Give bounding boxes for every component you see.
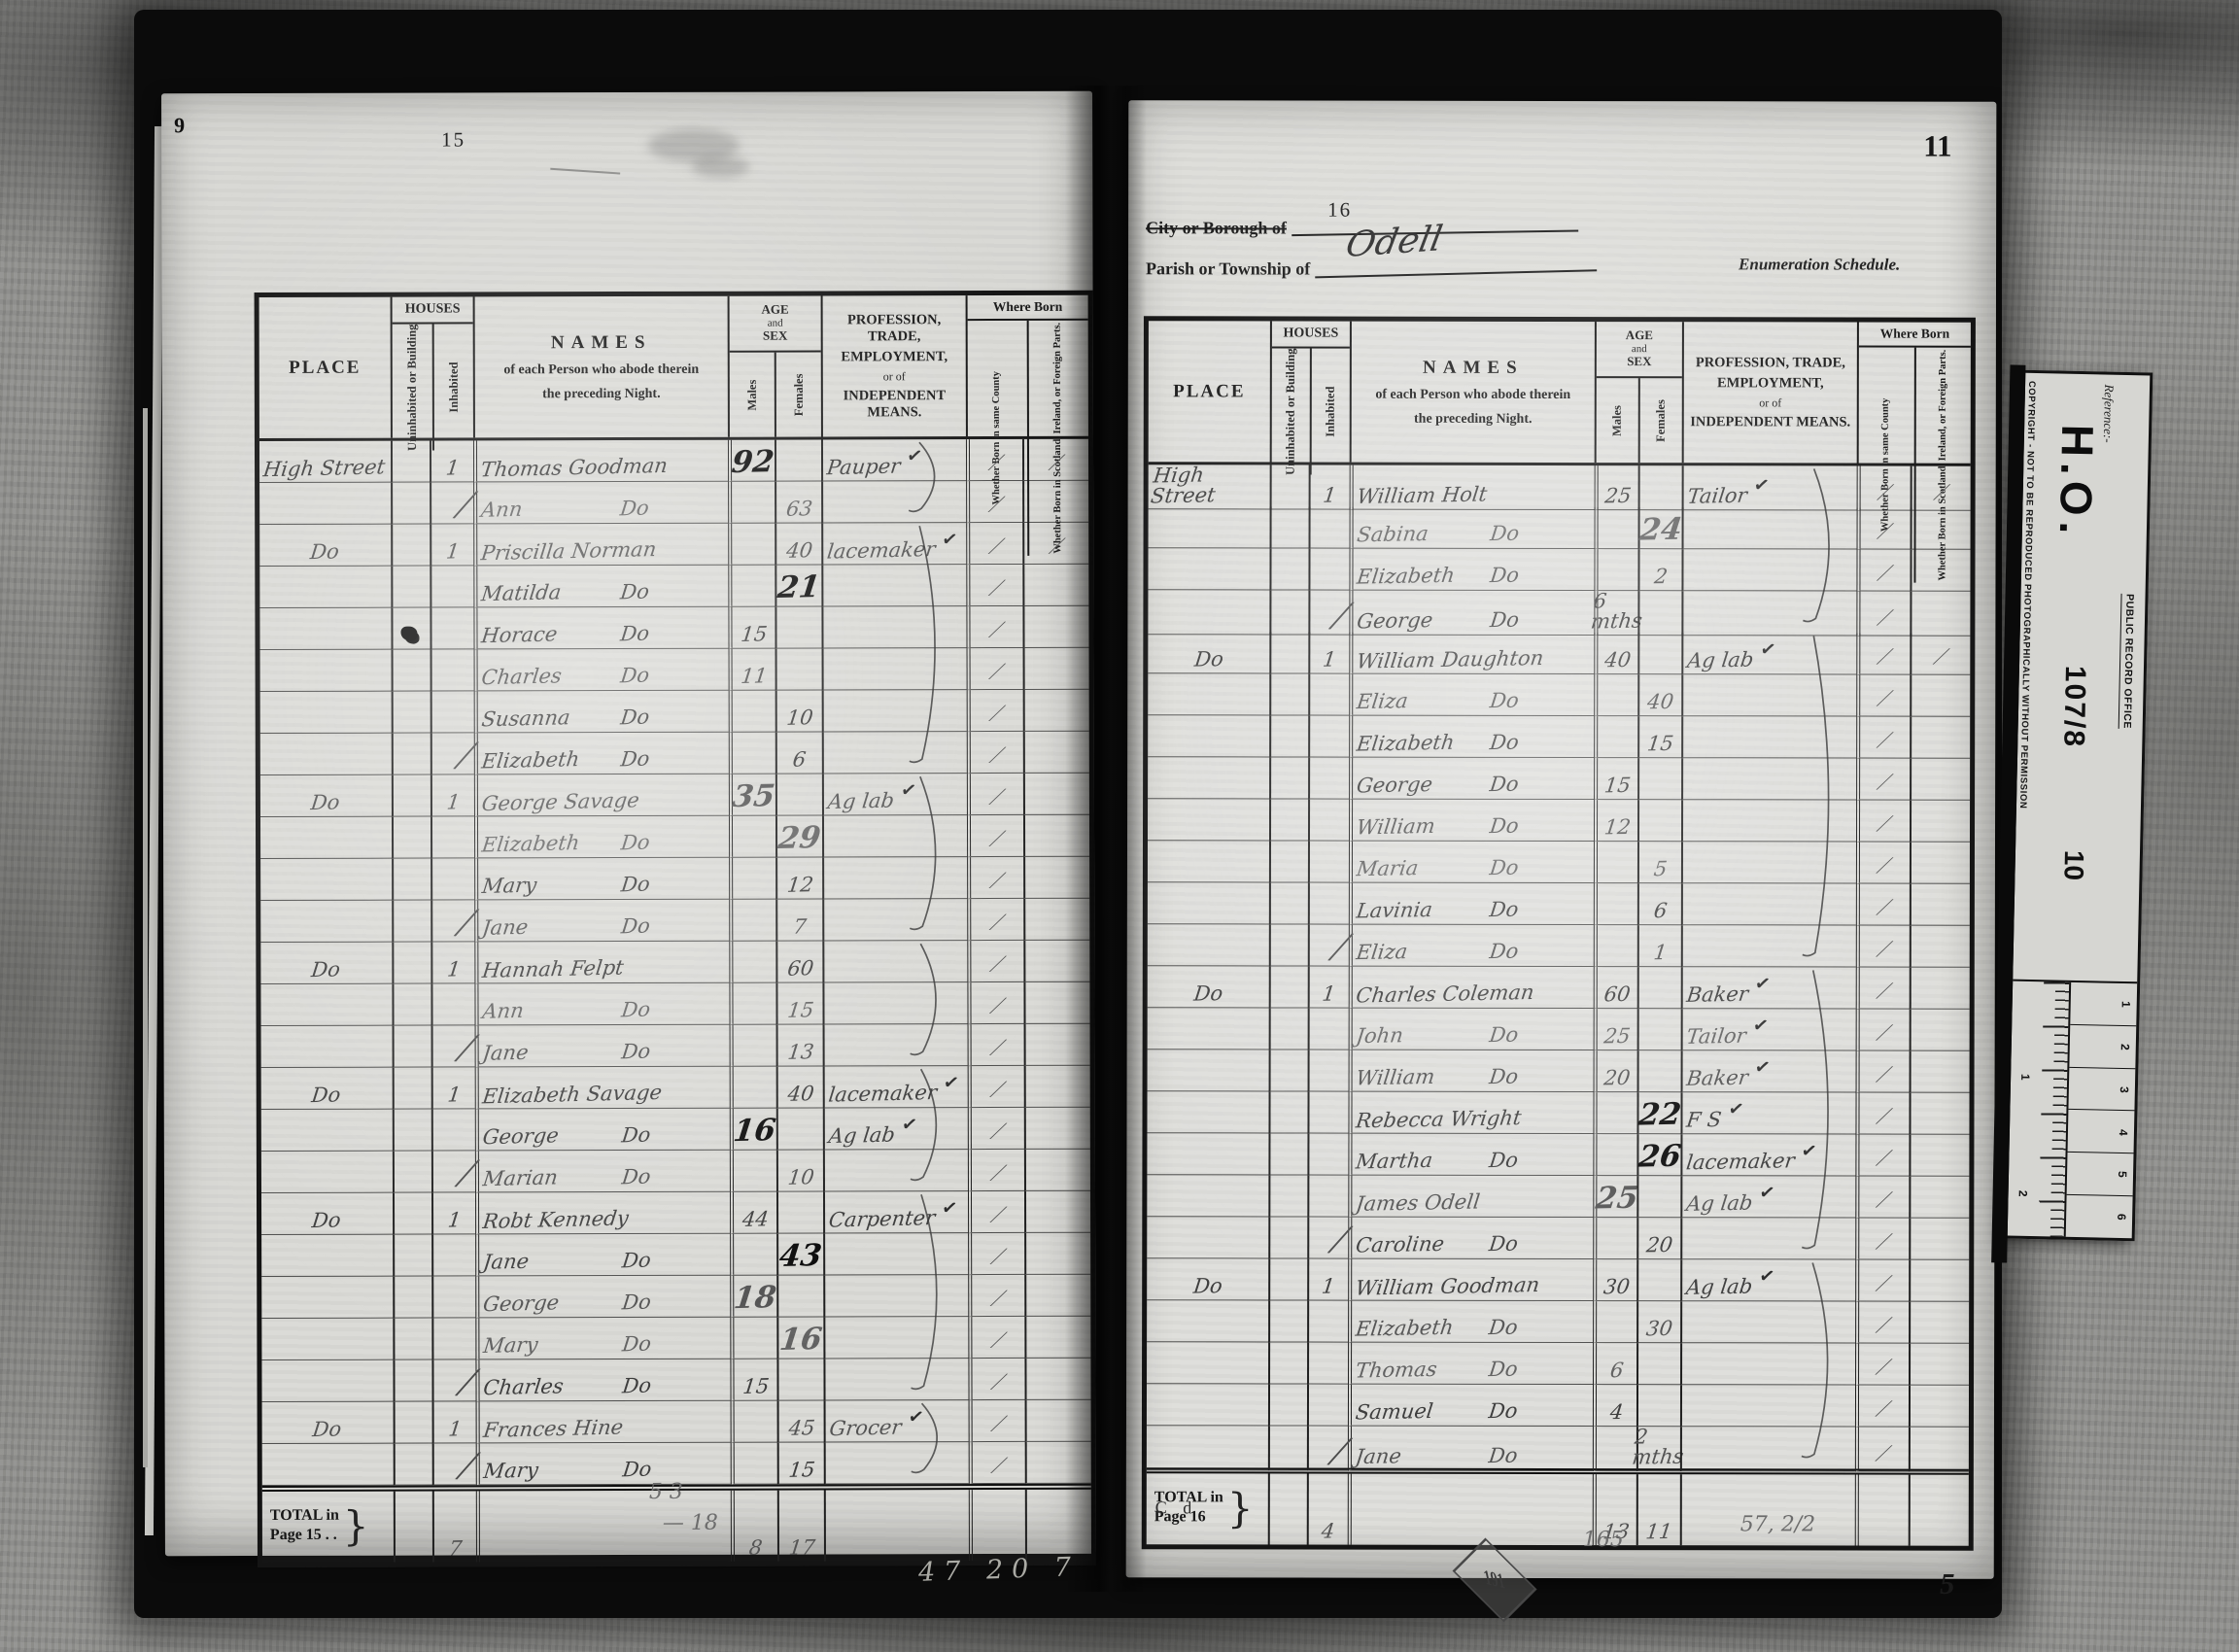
female-age-cell bbox=[775, 648, 822, 690]
born-other-cell bbox=[1909, 1135, 1969, 1177]
male-age-cell bbox=[729, 691, 775, 733]
table-row: ∕GeorgeDo6 mths⁄ bbox=[1148, 590, 1970, 633]
uninhabited-cell bbox=[392, 734, 431, 775]
born-county-cell: ⁄ bbox=[967, 982, 1023, 1024]
check-mark: ✓ bbox=[942, 1071, 961, 1095]
male-age-cell bbox=[1595, 507, 1638, 549]
table-row: SusannaDo10⁄ bbox=[260, 690, 1089, 734]
born-county-cell: ⁄ bbox=[968, 1275, 1024, 1317]
born-county-mark: ⁄ bbox=[1878, 770, 1891, 797]
ditto-mark: Do bbox=[1488, 1359, 1519, 1381]
pencil-note: — 18 bbox=[663, 1511, 718, 1535]
male-age: 15 bbox=[1603, 775, 1632, 797]
person-name: Elizabeth Savage bbox=[481, 1083, 663, 1107]
inhabited-cell: 1 bbox=[432, 1401, 476, 1443]
place-cell bbox=[261, 1152, 393, 1193]
inhabited-mark: 1 bbox=[446, 959, 462, 980]
born-county-mark: ⁄ bbox=[989, 450, 1002, 477]
born-county-cell: ⁄ bbox=[968, 1066, 1024, 1108]
table-row: ElizabethDo15⁄ bbox=[1148, 715, 1970, 758]
inhabited-cell bbox=[1308, 549, 1349, 591]
ditto-mark: Do bbox=[619, 666, 650, 687]
born-county-cell: ⁄ bbox=[967, 857, 1023, 899]
male-age-cell bbox=[729, 733, 775, 774]
total-row: TOTAL inPage 16 } 4 13 11 bbox=[1147, 1467, 1969, 1545]
uninhabited-cell bbox=[391, 483, 430, 525]
female-age-cell: 21 bbox=[775, 565, 821, 606]
total-inhabited-cell: 7 bbox=[432, 1491, 476, 1562]
place-cell: Do bbox=[261, 1068, 393, 1110]
uninhabited-cell bbox=[393, 1110, 431, 1152]
born-county-cell: ⁄ bbox=[966, 523, 1022, 565]
folio-number: 11 bbox=[1923, 129, 1951, 164]
prof-line2: EMPLOYMENT, bbox=[1717, 375, 1824, 392]
column-header-profession: PROFESSION, TRADE, EMPLOYMENT, or of IND… bbox=[1682, 322, 1857, 463]
female-age: 10 bbox=[785, 707, 813, 729]
place-entry: Do bbox=[1193, 983, 1224, 1005]
male-age-cell: 92 bbox=[728, 440, 775, 482]
female-age: 22 bbox=[1637, 1100, 1683, 1131]
name-cell: ∕MaryDo bbox=[476, 1443, 731, 1486]
female-age-cell bbox=[776, 1191, 823, 1233]
uninhabited-cell bbox=[392, 775, 431, 817]
born-county-cell: ⁄ bbox=[1855, 1260, 1909, 1302]
name-cell: MariaDo bbox=[1349, 842, 1594, 883]
female-age-cell bbox=[1637, 1050, 1681, 1092]
table-row: ElizabethDo29⁄ bbox=[260, 815, 1089, 859]
uninhabited-cell bbox=[1269, 632, 1308, 673]
names-sub2: the preceding Night. bbox=[1414, 411, 1532, 427]
inhabited-cell: 1 bbox=[1308, 967, 1349, 1009]
born-county-mark: ⁄ bbox=[1877, 1146, 1890, 1173]
check-mark: ✓ bbox=[940, 1196, 959, 1221]
born-county-cell: ⁄ bbox=[1856, 759, 1910, 801]
born-county-cell: ⁄ bbox=[1856, 968, 1910, 1010]
page-stack-edge bbox=[143, 408, 148, 1467]
check-mark: ✓ bbox=[1751, 1014, 1771, 1038]
male-age-cell bbox=[730, 1151, 776, 1192]
inhabited-mark: 1 bbox=[1322, 983, 1337, 1004]
ink-mark: 9 bbox=[174, 113, 185, 138]
female-age-cell bbox=[1637, 800, 1681, 842]
ditto-mark: Do bbox=[1488, 1446, 1519, 1467]
ditto-mark: Do bbox=[620, 833, 651, 854]
place-cell bbox=[1148, 1050, 1269, 1091]
inhabited-cell bbox=[431, 816, 474, 858]
table-row: ElizabethDo2⁄ bbox=[1148, 548, 1970, 591]
names-sub2: the preceding Night. bbox=[542, 386, 661, 401]
ditto-mark: Do bbox=[1489, 942, 1520, 963]
profession-cell bbox=[823, 1150, 968, 1191]
female-age: 43 bbox=[778, 1241, 824, 1272]
born-county-cell: ⁄ bbox=[968, 1150, 1024, 1191]
ditto-mark: Do bbox=[1488, 1234, 1519, 1256]
female-age-cell: 7 bbox=[775, 899, 822, 941]
female-age-cell bbox=[1637, 591, 1681, 636]
profession-entry: Ag lab bbox=[1686, 650, 1755, 671]
born-other-mark: ⁄ bbox=[1050, 450, 1062, 477]
person-name: William bbox=[1355, 1067, 1435, 1089]
check-mark: ✓ bbox=[1753, 1055, 1773, 1080]
born-county-mark: ⁄ bbox=[992, 1453, 1005, 1480]
female-age-cell bbox=[776, 1275, 823, 1317]
profession-cell bbox=[823, 1359, 968, 1400]
age-label: AGE bbox=[762, 302, 789, 317]
male-age-cell: 16 bbox=[730, 1109, 776, 1151]
place-cell bbox=[1147, 1133, 1268, 1175]
place-cell: Do bbox=[260, 943, 392, 984]
profession-cell: Baker✓ bbox=[1681, 1050, 1856, 1092]
person-name: Rebecca Wright bbox=[1355, 1108, 1523, 1131]
ruler-number: 2 bbox=[2118, 1044, 2132, 1050]
names-title: NAMES bbox=[1423, 357, 1524, 378]
male-age-cell bbox=[1594, 925, 1637, 967]
ruler-number: 6 bbox=[2115, 1214, 2128, 1221]
uninhabited-cell bbox=[1269, 1050, 1308, 1091]
inhabited-cell bbox=[1308, 674, 1349, 716]
born-other-cell bbox=[1022, 565, 1088, 606]
place-cell bbox=[1147, 1426, 1268, 1470]
born-other-cell bbox=[1910, 1051, 1970, 1093]
person-name: Eliza bbox=[1355, 942, 1408, 963]
table-row: ElizaDo40⁄ bbox=[1148, 673, 1970, 716]
female-age-cell: 10 bbox=[775, 690, 822, 732]
born-other-cell bbox=[1909, 1093, 1969, 1135]
uninhabited-cell bbox=[392, 943, 431, 984]
prof-line1: PROFESSION, TRADE, bbox=[1696, 355, 1845, 371]
uninhabited-cell bbox=[393, 1026, 431, 1068]
profession-cell bbox=[1681, 800, 1856, 842]
column-header-names: NAMES of each Person who abode therein t… bbox=[473, 296, 728, 438]
place-cell bbox=[261, 1026, 393, 1068]
name-cell: ElizabethDo bbox=[1349, 716, 1594, 758]
uninhabited-label: Uninhabited or Building bbox=[1284, 349, 1298, 475]
uninhabited-cell bbox=[1270, 506, 1309, 548]
female-age-cell: 29 bbox=[775, 815, 822, 857]
ditto-mark: Do bbox=[619, 707, 650, 729]
uninhabited-cell bbox=[1270, 465, 1309, 509]
born-other-cell bbox=[1911, 508, 1971, 550]
profession-entry: lacemaker bbox=[1685, 1151, 1796, 1173]
parish-label: Parish or Township of bbox=[1146, 258, 1310, 278]
total-females-cell: 17 bbox=[777, 1490, 824, 1561]
male-age-cell bbox=[730, 1067, 776, 1109]
inhabited-cell bbox=[431, 691, 474, 733]
total-males-cell: 8 bbox=[731, 1491, 777, 1562]
born-county-mark: ⁄ bbox=[1878, 979, 1891, 1006]
uninhabited-cell bbox=[1268, 1426, 1307, 1470]
place-cell bbox=[1147, 1175, 1268, 1217]
born-county-cell: ⁄ bbox=[1856, 634, 1910, 675]
ditto-mark: Do bbox=[621, 1334, 652, 1356]
table-row: GeorgeDo15⁄ bbox=[1148, 757, 1970, 800]
born-county-cell: ⁄ bbox=[1856, 843, 1910, 884]
place-cell bbox=[1149, 506, 1270, 548]
female-age-cell: 6 bbox=[775, 732, 822, 774]
male-age-cell: 15 bbox=[728, 607, 775, 649]
male-age-cell: 15 bbox=[730, 1359, 776, 1401]
table-row: Do1Elizabeth Savage40lacemaker✓⁄ bbox=[261, 1066, 1090, 1110]
male-age: 35 bbox=[731, 781, 776, 812]
inhabited-cell: 1 bbox=[430, 524, 473, 566]
ditto-mark: Do bbox=[1488, 1401, 1519, 1423]
check-mark: ✓ bbox=[1757, 1181, 1776, 1205]
place-cell bbox=[1147, 1342, 1268, 1384]
table-row: Do1Charles Coleman60Baker✓⁄ bbox=[1148, 966, 1970, 1009]
born-county-mark: ⁄ bbox=[1878, 686, 1891, 713]
female-age: 15 bbox=[787, 1460, 815, 1481]
born-county-mark: ⁄ bbox=[1877, 1020, 1890, 1048]
total-born1-cell bbox=[969, 1490, 1025, 1561]
inhabited-label: Inhabited bbox=[446, 362, 461, 413]
person-name: Priscilla Norman bbox=[480, 539, 658, 564]
table-row: ∕AnnDo63⁄ bbox=[259, 481, 1088, 525]
born-county-mark: ⁄ bbox=[992, 1411, 1005, 1438]
pencil-number: 5 bbox=[1940, 1566, 1955, 1601]
table-row: Rebecca Wright22F S✓⁄ bbox=[1147, 1091, 1969, 1134]
male-age: 16 bbox=[732, 1116, 777, 1147]
male-age-cell bbox=[1594, 883, 1637, 925]
check-mark: ✓ bbox=[905, 444, 924, 468]
male-age: 44 bbox=[741, 1209, 769, 1230]
profession-cell bbox=[822, 648, 967, 690]
profession-entry: F S bbox=[1685, 1110, 1722, 1131]
born-other-cell bbox=[1024, 1233, 1090, 1275]
male-age-cell bbox=[1593, 1218, 1636, 1259]
female-age-cell: 43 bbox=[776, 1233, 823, 1275]
table-row: Do1Priscilla Norman40lacemaker✓⁄⁄ bbox=[259, 523, 1088, 567]
check-mark: ✓ bbox=[1757, 1264, 1776, 1289]
total-born2-cell bbox=[1909, 1475, 1969, 1546]
female-age-cell bbox=[775, 774, 822, 815]
place-cell bbox=[259, 483, 391, 525]
born-other-cell bbox=[1909, 1219, 1969, 1260]
born-county-cell: ⁄ bbox=[1855, 1428, 1909, 1472]
age-label: AGE bbox=[1626, 328, 1653, 343]
person-name: George bbox=[1356, 610, 1434, 632]
total-page-label: Page 15 . . bbox=[270, 1527, 337, 1543]
ruler-cm-label: 2 bbox=[2016, 1190, 2030, 1197]
profession-cell: Ag lab✓ bbox=[1680, 1176, 1855, 1218]
born-county-mark: ⁄ bbox=[1877, 1062, 1890, 1089]
name-cell: JohnDo bbox=[1349, 1009, 1594, 1050]
ditto-mark: Do bbox=[621, 1167, 652, 1188]
profession-entry: Pauper bbox=[826, 456, 902, 478]
place-entry: High Street bbox=[262, 457, 387, 480]
profession-cell: lacemaker✓ bbox=[823, 1066, 968, 1108]
male-age-cell bbox=[1594, 716, 1637, 758]
name-cell: JaneDo bbox=[475, 1234, 730, 1277]
table-header: PLACE HOUSES Uninhabited or Building Inh… bbox=[259, 295, 1088, 441]
uninhabited-cell bbox=[391, 441, 430, 483]
person-name: Jane bbox=[482, 1252, 530, 1273]
born-county-mark: ⁄ bbox=[1877, 1313, 1890, 1340]
ruler-tick-scale: 1 2 bbox=[2008, 981, 2071, 1237]
uninhabited-cell bbox=[1269, 1008, 1308, 1050]
chalk-note: 47 20 7 bbox=[918, 1552, 1081, 1588]
uninhabited-cell bbox=[392, 692, 431, 734]
person-name: Charles Coleman bbox=[1355, 982, 1535, 1006]
female-age: 45 bbox=[787, 1418, 815, 1439]
column-header-age-sex: AGE and SEX Males Females bbox=[728, 295, 821, 436]
male-age-cell: 25 bbox=[1593, 1176, 1636, 1218]
male-age-cell bbox=[1593, 1134, 1636, 1176]
female-age: 1 bbox=[1652, 943, 1668, 963]
place-cell bbox=[260, 817, 392, 859]
profession-cell bbox=[822, 732, 967, 774]
person-name: George bbox=[482, 1292, 560, 1315]
place-cell bbox=[260, 984, 392, 1026]
table-row: AnnDo15⁄ bbox=[260, 982, 1089, 1026]
profession-cell bbox=[822, 941, 967, 982]
ditto-mark: Do bbox=[622, 1460, 653, 1481]
name-cell: Priscilla Norman bbox=[473, 524, 728, 567]
name-cell: MaryDo bbox=[475, 1318, 730, 1360]
male-age-cell: 35 bbox=[729, 774, 775, 816]
place-cell bbox=[1148, 841, 1269, 882]
table-row: ∕JaneDo7⁄ bbox=[260, 899, 1089, 943]
male-age: 20 bbox=[1602, 1068, 1631, 1089]
ruler-number: 5 bbox=[2116, 1171, 2129, 1178]
place-cell: Do bbox=[260, 775, 392, 817]
name-cell: Frances Hine bbox=[476, 1401, 731, 1444]
born-other-cell bbox=[1024, 1066, 1090, 1108]
place-cell bbox=[261, 1235, 393, 1277]
female-age: 2 bbox=[1653, 567, 1669, 587]
houses-label: HOUSES bbox=[393, 296, 473, 324]
sex-label: SEX bbox=[1627, 355, 1651, 369]
check-mark: ✓ bbox=[1800, 1139, 1819, 1163]
born-county-mark: ⁄ bbox=[1878, 895, 1891, 922]
place-cell bbox=[261, 1360, 393, 1402]
name-cell: William Holt bbox=[1350, 465, 1595, 510]
male-age-cell bbox=[731, 1401, 777, 1443]
born-other-cell bbox=[1023, 941, 1089, 982]
ditto-mark: Do bbox=[1489, 691, 1520, 712]
female-age-cell: 1 bbox=[1637, 925, 1681, 967]
female-age-cell bbox=[775, 439, 821, 481]
prof-line3: or of bbox=[883, 369, 906, 384]
person-name: Lavinia bbox=[1355, 900, 1433, 921]
table-row: ∕ElizaDo1⁄ bbox=[1148, 924, 1970, 967]
place-cell bbox=[1148, 882, 1269, 924]
male-age: 6 bbox=[1609, 1360, 1625, 1381]
inhabited-cell bbox=[430, 607, 473, 649]
born-other-cell bbox=[1910, 926, 1970, 968]
female-age: 40 bbox=[785, 540, 813, 562]
uninhabited-cell bbox=[1269, 673, 1308, 715]
female-age: 21 bbox=[776, 572, 822, 603]
profession-cell: Baker✓ bbox=[1681, 967, 1856, 1009]
female-age-cell bbox=[1636, 1176, 1680, 1218]
public-record-office-label: PUBLIC RECORD OFFICE bbox=[2118, 594, 2136, 729]
column-header-place: PLACE bbox=[1149, 321, 1270, 462]
profession-cell: Tailor✓ bbox=[1682, 465, 1857, 510]
person-name: Eliza bbox=[1356, 691, 1409, 712]
profession-cell bbox=[821, 565, 966, 606]
ditto-mark: Do bbox=[1489, 1025, 1520, 1047]
place-cell bbox=[260, 859, 392, 901]
inhabited-cell bbox=[1308, 716, 1349, 758]
uninhabited-cell bbox=[1269, 590, 1308, 635]
uninhabited-cell bbox=[394, 1444, 432, 1486]
male-age-cell: 20 bbox=[1594, 1050, 1637, 1092]
inhabited-mark: 1 bbox=[446, 1084, 462, 1105]
female-age: 2 mths bbox=[1631, 1427, 1687, 1468]
female-age-cell bbox=[776, 1359, 823, 1400]
ditto-mark: Do bbox=[1489, 900, 1520, 921]
where-born-label: Where Born bbox=[968, 295, 1088, 321]
born-county-cell: ⁄ bbox=[968, 1233, 1024, 1275]
table-row: Do1Frances Hine45Grocer✓⁄ bbox=[262, 1400, 1091, 1444]
born-county-cell: ⁄ bbox=[1855, 1302, 1909, 1344]
total-in-label: TOTAL in bbox=[270, 1507, 339, 1524]
prof-line4: INDEPENDENT MEANS. bbox=[1690, 414, 1850, 430]
corner-code: C d bbox=[1155, 1497, 1198, 1518]
inhabited-cell bbox=[431, 649, 474, 691]
born-other-cell: ⁄ bbox=[1910, 634, 1970, 675]
uninhabited-cell bbox=[1269, 966, 1308, 1008]
name-cell: Thomas Goodman bbox=[473, 440, 728, 483]
profession-cell bbox=[823, 1317, 968, 1359]
person-name: Samuel bbox=[1355, 1401, 1434, 1424]
inhabited-cell bbox=[431, 858, 474, 900]
uninhabited-cell bbox=[394, 1402, 432, 1444]
born-other-cell bbox=[1910, 968, 1970, 1010]
place-cell: Do bbox=[261, 1193, 393, 1235]
born-county-cell: ⁄ bbox=[1855, 1177, 1909, 1219]
prof-line3: or of bbox=[1759, 396, 1781, 410]
uninhabited-cell bbox=[392, 901, 431, 943]
female-age: 16 bbox=[778, 1325, 824, 1356]
inhabited-cell: 1 bbox=[1307, 1259, 1348, 1301]
total-label-cell: TOTAL inPage 15 . . } bbox=[262, 1492, 394, 1563]
person-name: Jane bbox=[481, 917, 529, 939]
person-name: Ann bbox=[480, 499, 524, 521]
total-born1-cell bbox=[1855, 1475, 1909, 1546]
born-other-cell bbox=[1024, 1191, 1090, 1233]
born-other-mark: ⁄ bbox=[1935, 644, 1947, 671]
total-names-cell bbox=[1348, 1474, 1593, 1545]
female-age-cell: 15 bbox=[777, 1442, 824, 1484]
born-other-cell bbox=[1024, 1024, 1090, 1066]
ruler-number: 1 bbox=[2119, 1001, 2133, 1008]
table-row: GeorgeDo16Ag lab✓⁄ bbox=[261, 1108, 1090, 1152]
female-age-cell: 13 bbox=[776, 1024, 823, 1066]
born-other-cell bbox=[1909, 1428, 1969, 1472]
inhabited-cell: 1 bbox=[431, 774, 474, 816]
uninhabited-cell bbox=[1269, 841, 1308, 882]
inhabited-mark: 1 bbox=[447, 1419, 463, 1439]
table-row: HoraceDo15⁄ bbox=[259, 606, 1088, 650]
inhabited-cell: 1 bbox=[431, 1067, 475, 1109]
person-name: William Holt bbox=[1356, 484, 1488, 507]
brace-glyph: } bbox=[343, 1501, 369, 1549]
profession-cell: Pauper✓ bbox=[821, 439, 966, 481]
ditto-mark: Do bbox=[621, 1125, 652, 1147]
profession-cell: Carpenter✓ bbox=[823, 1191, 968, 1233]
table-row: Do1Robt Kennedy44Carpenter✓⁄ bbox=[261, 1191, 1090, 1235]
inhabited-cell: 1 bbox=[431, 1192, 475, 1234]
female-age: 40 bbox=[1646, 692, 1674, 713]
born-county-cell: ⁄ bbox=[968, 1024, 1024, 1066]
profession-cell bbox=[1680, 1343, 1855, 1385]
inhabited-cell bbox=[1309, 507, 1350, 549]
born-county-mark: ⁄ bbox=[1877, 1229, 1890, 1256]
city-borough-label: City or Borough of bbox=[1146, 218, 1287, 237]
place-entry: Do bbox=[309, 541, 340, 563]
name-cell: GeorgeDo bbox=[475, 1276, 730, 1319]
